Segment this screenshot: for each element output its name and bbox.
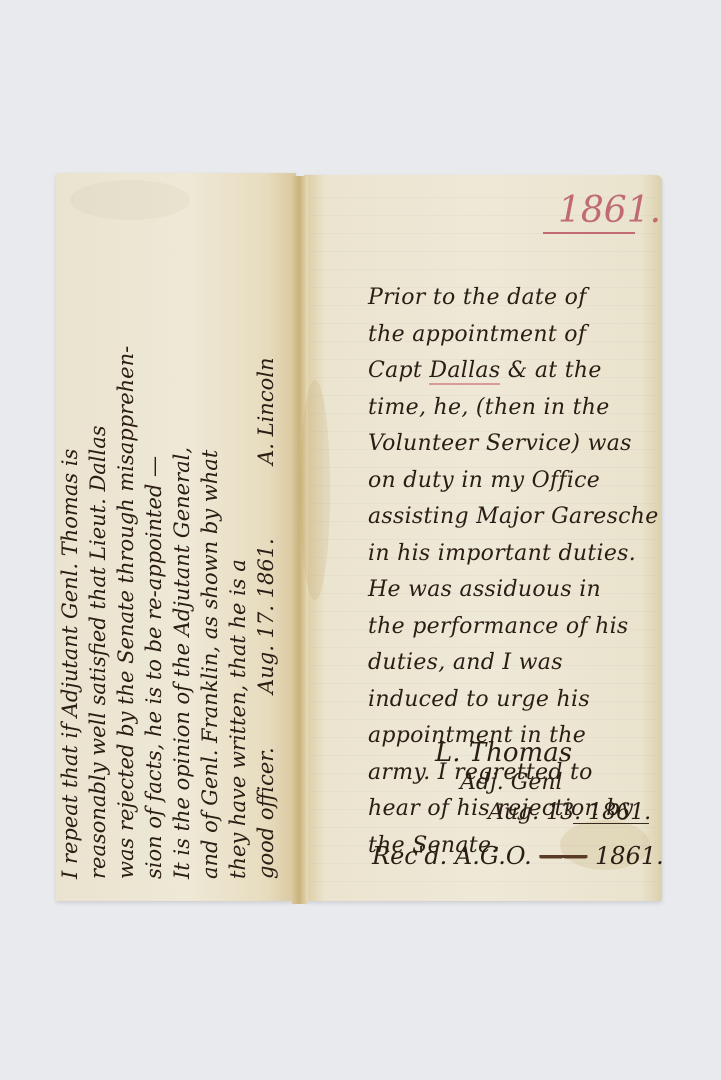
text-line: duties, and I was	[368, 645, 658, 682]
text-line: Prior to the date of	[368, 280, 658, 317]
text-line: on duty in my Office	[368, 463, 658, 500]
stain	[300, 380, 330, 600]
text-line: sion of facts, he is to be re-appointed …	[140, 173, 168, 901]
text-line: in his important duties.	[368, 536, 658, 573]
text-line: was rejected by the Senate through misap…	[112, 173, 140, 901]
received-year: 1861.	[595, 842, 664, 870]
text-fragment: Capt	[368, 358, 429, 383]
text-line: It is the opinion of the Adjutant Genera…	[168, 173, 196, 901]
text-line: time, he, (then in the	[368, 390, 658, 427]
received-struck: ——	[539, 842, 587, 870]
signature-date: Aug. 13. 1861.	[488, 800, 651, 825]
text-line: assisting Major Garesche	[368, 499, 658, 536]
received-prefix: Rec'd. A.G.O.	[372, 842, 532, 870]
text-line: induced to urge his	[368, 682, 658, 719]
underlined-name: Dallas	[429, 358, 500, 385]
date-underline	[573, 823, 649, 824]
year-underline	[543, 232, 635, 234]
endorsement-date: Aug. 17. 1861.	[254, 538, 278, 694]
text-fragment: good officer.	[254, 747, 278, 879]
text-line: and of Genl. Franklin, as shown by what	[196, 173, 224, 901]
text-fragment: & at the	[500, 358, 601, 383]
text-line: Volunteer Service) was	[368, 426, 658, 463]
received-note: Rec'd. A.G.O. —— 1861.	[372, 842, 664, 870]
text-line: the performance of his	[368, 609, 658, 646]
left-page-endorsement: I repeat that if Adjutant Genl. Thomas i…	[56, 173, 296, 901]
text-line: I repeat that if Adjutant Genl. Thomas i…	[56, 173, 84, 901]
text-line: He was assiduous in	[368, 572, 658, 609]
signature-name: L. Thomas	[435, 738, 572, 768]
signature-title: Adj. Genl	[460, 770, 563, 795]
text-line: the appointment of	[368, 317, 658, 354]
text-line: they have written, that he is a	[224, 173, 252, 901]
text-line: reasonably well satisfied that Lieut. Da…	[84, 173, 112, 901]
text-line: Capt Dallas & at the	[368, 353, 658, 390]
endorsement-signature: A. Lincoln	[254, 358, 278, 465]
text-line: good officer. Aug. 17. 1861. A. Lincoln	[252, 173, 280, 901]
year-mark: 1861.	[558, 190, 661, 231]
